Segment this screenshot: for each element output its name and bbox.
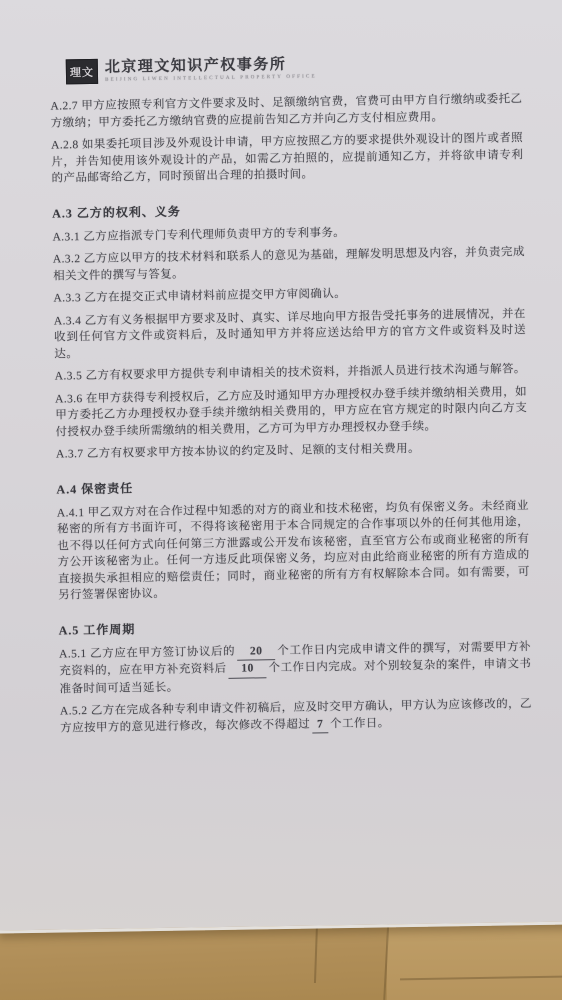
clause-a3-4: A.3.4 乙方有义务根据甲方要求及时、真实、详尽地向甲方报告受托事务的进展情况…	[54, 306, 527, 363]
section-heading-a4: A.4 保密责任	[56, 473, 528, 497]
agency-name: 北京理文知识产权事务所	[105, 56, 317, 76]
clause-a5-1-text: A.5.1 乙方应在甲方签订协议后的	[59, 645, 235, 660]
section-heading-a5: A.5 工作周期	[59, 614, 531, 638]
clause-a2-8: A.2.8 如果委托项目涉及外观设计申请，甲方应按照乙方的要求提供外观设计的图片…	[51, 130, 524, 187]
clause-a5-1: A.5.1 乙方应在甲方签订协议后的20个工作日内完成申请文件的撰写，对需要甲方…	[59, 639, 532, 698]
contract-text-block: 理文 北京理文知识产权事务所 BEIJING LIWEN INTELLECTUA…	[50, 52, 533, 743]
letterhead: 理文 北京理文知识产权事务所 BEIJING LIWEN INTELLECTUA…	[66, 52, 522, 84]
agency-logo-icon: 理文	[66, 59, 98, 84]
clause-a3-5: A.3.5 乙方有权要求甲方提供专利申请相关的技术资料，并指派人员进行技术沟通与…	[55, 361, 527, 385]
clause-a3-3: A.3.3 乙方在提交正式申请材料前应提交甲方审阅确认。	[53, 283, 525, 307]
contract-paper-sheet: 理文 北京理文知识产权事务所 BEIJING LIWEN INTELLECTUA…	[0, 0, 562, 933]
agency-name-english: BEIJING LIWEN INTELLECTUAL PROPERTY OFFI…	[105, 74, 317, 83]
clause-a4-1: A.4.1 甲乙双方对在合作过程中知悉的对方的商业和技术秘密，均负有保密义务。未…	[57, 498, 530, 604]
clause-a3-1: A.3.1 乙方应指派专门专利代理师负责甲方的专利事务。	[52, 222, 524, 246]
clause-a3-6: A.3.6 在甲方获得专利授权后，乙方应及时通知甲方办理授权办登手续并缴纳相关费…	[55, 384, 528, 441]
photographed-contract-page: 理文 北京理文知识产权事务所 BEIJING LIWEN INTELLECTUA…	[0, 0, 562, 1000]
section-heading-a3: A.3 乙方的权利、义务	[52, 197, 524, 221]
clause-a2-7: A.2.7 甲方应按照专利官方文件要求及时、足额缴纳官费，官费可由甲方自行缴纳或…	[50, 91, 522, 131]
blank-days-10: 10	[228, 660, 266, 678]
agency-name-block: 北京理文知识产权事务所 BEIJING LIWEN INTELLECTUAL P…	[105, 56, 317, 83]
table-seam	[314, 923, 318, 983]
clause-a3-2: A.3.2 乙方应以甲方的技术材料和联系人的意见为基础，理解发明思想及内容，并负…	[53, 244, 525, 284]
blank-days-7: 7	[312, 716, 328, 734]
clause-a5-2-text: 个工作日。	[330, 717, 390, 730]
blank-days-20: 20	[237, 643, 275, 661]
clause-a3-7: A.3.7 乙方有权要求甲方按本协议的约定及时、足额的支付相关费用。	[56, 439, 528, 463]
clause-a5-2-text: A.5.2 乙方在完成各种专利申请文件初稿后，应及时交甲方确认，甲方认为应该修改…	[60, 698, 532, 734]
clause-a5-2: A.5.2 乙方在完成各种专利申请文件初稿后，应及时交甲方确认，甲方认为应该修改…	[60, 696, 532, 737]
